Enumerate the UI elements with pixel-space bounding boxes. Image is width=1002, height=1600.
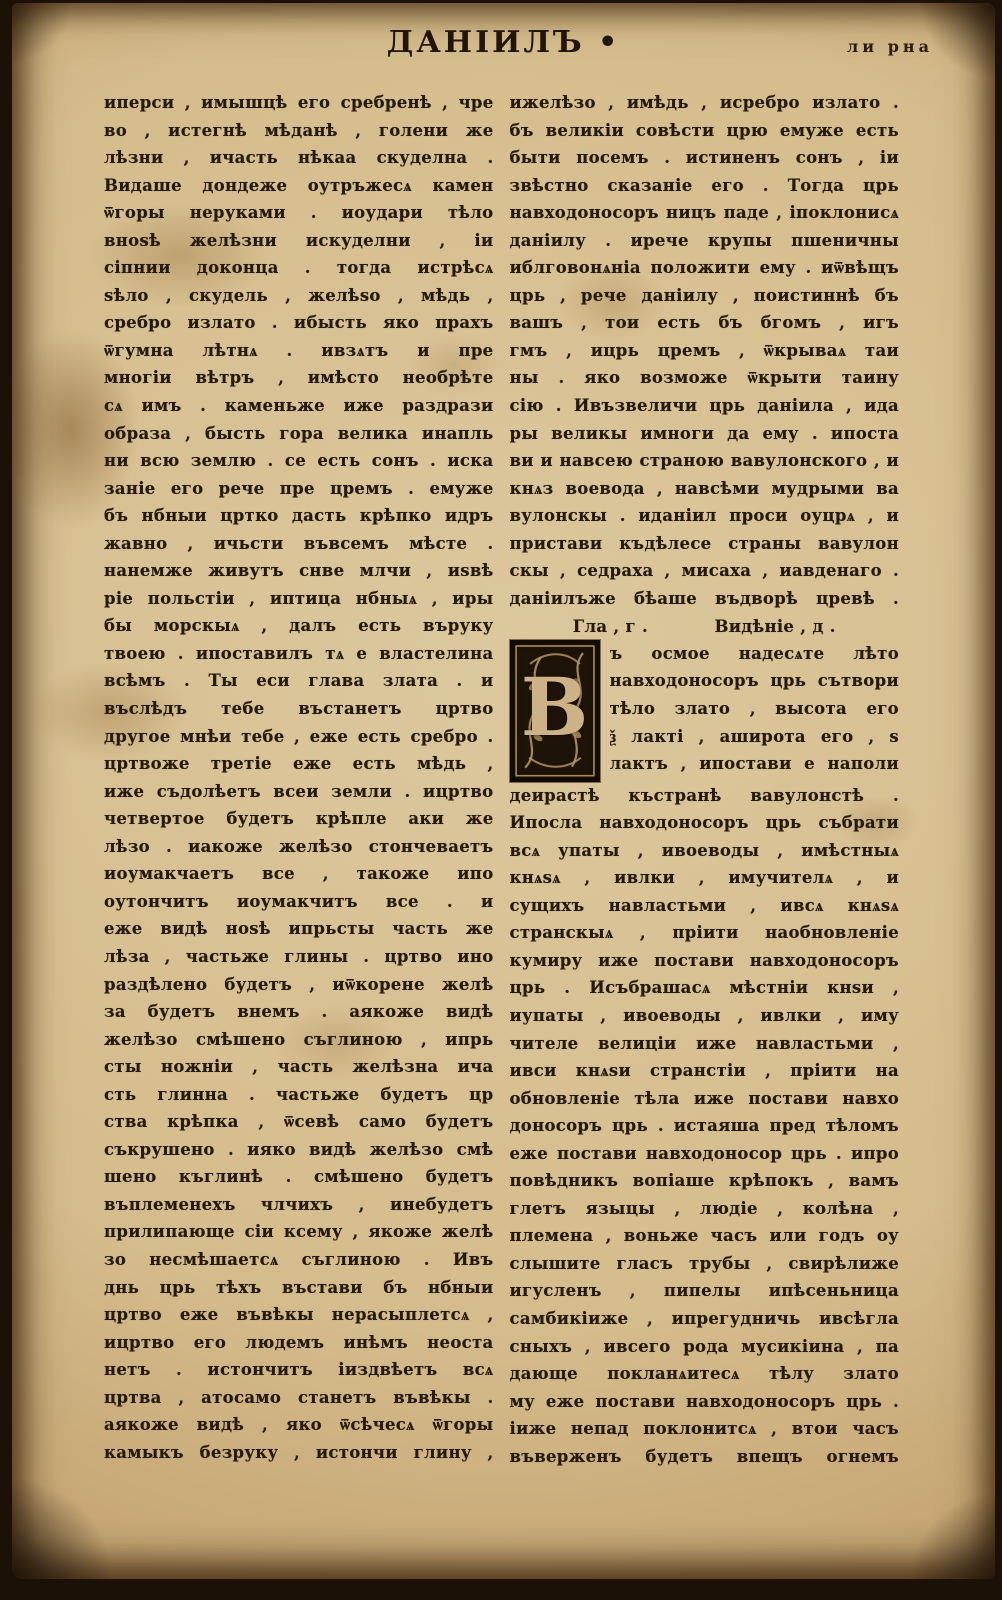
text-line: бъ великіи совѣсти црю емуже есть [510,117,900,145]
text-line: въверженъ будетъ впещъ огнемъ [510,1443,900,1471]
text-line: кнѧз воевода , навсѣми мудрыми ва [510,475,900,503]
text-line: бы морскыѧ , далъ есть въруку [104,612,494,640]
text-line: ижелѣзо , имѣдь , исребро излато . [510,89,900,117]
text-line: скы , седраха , мисаха , иавденаго . [510,557,900,585]
vision-number: Видѣніе , д . [715,617,836,636]
text-line: четвертое будетъ крѣпле аки же [104,805,494,833]
text-line: лѣза , частьже глины . цртво ино [104,943,494,971]
page-scan: ДАНІИЛЪ • ли рна иперси , имышцѣ его сре… [12,3,995,1579]
text-line: ріе польстіи , иптица нбныѧ , иры [104,585,494,613]
text-line: заніе его рече пре цремъ . емуже [104,475,494,503]
text-line: ѿгоры неруками . иоудари тѣло [104,199,494,227]
text-line: лѣзни , ичасть нѣкаа скуделна . [104,144,494,172]
text-line: цртвоже третіе еже есть мѣдь , [104,750,494,778]
text-line: лѣзо . иакоже желѣзо стончеваетъ [104,833,494,861]
text-line: нанемже живутъ снве млчи , иѕвѣ [104,557,494,585]
text-line: сныхъ , ивсего рода мусикіина , па [510,1333,900,1361]
text-line: тѣло злато , высота его [610,695,900,723]
text-line: бъ нбныи цртко дасть крѣпко идръ [104,502,494,530]
text-line: кнѧѕѧ , ивлки , имучителѧ , и [510,864,900,892]
text-line: иперси , имышцѣ его сребренѣ , чре [104,89,494,117]
text-line: сѧ имъ . каменьже иже раздрази [104,392,494,420]
text-line: аякоже видѣ , яко ѿсѣчесѧ ѿгоры [104,1411,494,1439]
text-line: иже съдолѣетъ всеи земли . ицртво [104,778,494,806]
text-line: дающе покланѧитесѧ тѣлу злато [510,1360,900,1388]
text-line: вашъ , тои есть бъ бгомъ , игъ [510,309,900,337]
text-line: Видаше дондеже оутръжесѧ камен [104,172,494,200]
text-line: ѯ лакті , аширота его , ѕ [610,723,900,751]
text-line: твоею . ипоставилъ тѧ е властелина [104,640,494,668]
text-line: црь , рече даніилу , поистиннѣ бъ [510,282,900,310]
text-line: всѧ упаты , ивоеводы , имѣстныѧ [510,837,900,865]
right-column: ижелѣзо , имѣдь , исребро излато . бъ ве… [510,89,900,1470]
decorated-initial-block: В [510,640,600,782]
book-photo: ДАНІИЛЪ • ли рна иперси , имышцѣ его сре… [0,0,1002,1600]
initial-letter: В [521,660,589,754]
text-line: даніилу . ирече крупы пшеничны [510,227,900,255]
text-line: сребро излато . ибысть яко прахъ [104,309,494,337]
text-line: доносоръ црь . истаяша пред тѣломъ [510,1112,900,1140]
text-line: нетъ . истончитъ іиздвѣетъ всѧ [104,1356,494,1384]
text-line: гмъ , ицрь цремъ , ѿкрываѧ таи [510,337,900,365]
text-line: желѣзо смѣшено съглиною , ипрь [104,1026,494,1054]
text-line: глетъ языцы , людіе , колѣна , [510,1195,900,1223]
text-line: лактъ , ипостави е наполи [610,750,900,778]
text-line: во , истегнѣ мѣданѣ , голени же [104,117,494,145]
text-line: иоумакчаетъ все , такоже ипо [104,860,494,888]
text-line: шено къглинѣ . смѣшено будетъ [104,1163,494,1191]
text-line: чителе велиціи иже навластьми , [510,1030,900,1058]
text-columns: иперси , имышцѣ его сребренѣ , чре во , … [12,87,995,1470]
text-line: днь црь тѣхъ въстави бъ нбныи [104,1274,494,1302]
text-line: странскыѧ , пріити наобновленіе [510,919,900,947]
text-line: цртва , атосамо станетъ въвѣкы . [104,1384,494,1412]
text-line: раздѣлено будетъ , иѿкорене желѣ [104,971,494,999]
text-line: всѣмъ . Ты еси глава злата . и [104,667,494,695]
text-line: ры великы имноги да ему . ипоста [510,420,900,448]
text-line: иблговонѧніа положити ему . иѿвѣщъ [510,254,900,282]
text-line: навходоносоръ црь сътвори [610,667,900,695]
text-line: сты ножніи , часть желѣзна ича [104,1053,494,1081]
text-line: кумиру иже постави навходоносоръ [510,947,900,975]
text-line: ны . яко возможе ѿкрыти таину [510,364,900,392]
text-line: даніилъже бѣаше въдворѣ цревѣ . [510,585,900,613]
text-line: вулонскы . иданіил проси оуцрѧ , и [510,502,900,530]
text-line: иупаты , ивоеводы , ивлки , иму [510,1002,900,1030]
text-line: племена , воньже часъ или годъ оу [510,1222,900,1250]
text-line: ни всю землю . се есть сонъ . иска [104,447,494,475]
text-line: сію . Ивъзвеличи црь даніила , ида [510,392,900,420]
chapter-number: Гла , г . [573,617,648,636]
text-line: прилипающе сіи ксему , якоже желѣ [104,1218,494,1246]
initial-paragraph: В ъ осмое надесѧте лѣто навходоносоръ цр… [510,640,900,782]
text-line: звѣстно сказаніе его . Тогда црь [510,172,900,200]
folio-number: ли рна [847,37,933,56]
text-line: ѿгумна лѣтнѧ . ивзѧтъ и пре [104,337,494,365]
initial-adjacent-lines: ъ осмое надесѧте лѣто навходоносоръ црь … [610,640,900,782]
text-line: Ипосла навходоносоръ црь събрати [510,809,900,837]
text-line: црь . Исъбрашасѧ мѣстніи кнѕи , [510,974,900,1002]
page-header: ДАНІИЛЪ • ли рна [12,3,995,87]
text-line: ѕѣло , скудель , желѣѕо , мѣдь , [104,282,494,310]
text-line: ви и навсею страною вавулонского , и [510,447,900,475]
text-line: образа , бысть гора велика инапль [104,420,494,448]
left-column: иперси , имышцѣ его сребренѣ , чре во , … [104,89,494,1470]
text-line: еже постави навходоносор црь . ипро [510,1140,900,1168]
text-line: другое мнѣи тебе , еже есть сребро . [104,723,494,751]
text-line: еже видѣ ноѕѣ ипрьсты часть же [104,915,494,943]
right-column-bottom-block: деирастѣ къстранѣ вавулонстѣ . Ипосла на… [510,782,900,1471]
text-line: оутончитъ иоумакчитъ все . и [104,888,494,916]
text-line: ицртво его людемъ инѣмъ неоста [104,1329,494,1357]
text-line: многіи вѣтръ , имѣсто необрѣте [104,364,494,392]
text-line: камыкъ безруку , истончи глину , [104,1439,494,1467]
text-line: жавно , ичьсти въвсемъ мѣсте . [104,530,494,558]
text-line: деирастѣ къстранѣ вавулонстѣ . [510,782,900,810]
text-line: му еже постави навходоносоръ црь . [510,1388,900,1416]
text-line: сть глинна . частьже будетъ цр [104,1081,494,1109]
text-line: обновленіе тѣла иже постави навхо [510,1085,900,1113]
text-line: за будетъ внемъ . аякоже видѣ [104,998,494,1026]
text-line: съкрушено . ияко видѣ желѣзо смѣ [104,1136,494,1164]
text-line: пристави къдѣлесе страны вавулон [510,530,900,558]
text-line: ъ осмое надесѧте лѣто [610,640,900,668]
text-line: быти посемъ . истиненъ сонъ , іи [510,144,900,172]
text-line: зо несмѣшаетсѧ съглиною . Ивъ [104,1246,494,1274]
text-line: игусленъ , пипелы ипѣсеньница [510,1277,900,1305]
text-line: ства крѣпка , ѿсевѣ само будетъ [104,1108,494,1136]
text-line: цртво еже въвѣкы нерасыплетсѧ , [104,1301,494,1329]
text-line: повѣдникъ вопіаше крѣпокъ , вамъ [510,1167,900,1195]
text-line: сущихъ навластьми , ивсѧ кнѧѕѧ [510,892,900,920]
text-line: въслѣдъ тебе въстанетъ цртво [104,695,494,723]
text-line: ивси кнѧѕи странстіи , пріити на [510,1057,900,1085]
text-line: самбикіиже , ипрегудничь ивсѣгла [510,1305,900,1333]
text-line: іиже непад поклонитсѧ , втои часъ [510,1415,900,1443]
text-line: вноѕѣ желѣзни искуделни , іи [104,227,494,255]
chapter-heading: Гла , г . Видѣніе , д . [510,612,900,640]
text-line: въплеменехъ члчихъ , инебудетъ [104,1191,494,1219]
text-line: слышите гласъ трубы , свирѣлиже [510,1250,900,1278]
text-line: навходоносоръ ницъ паде , іпоклонисѧ [510,199,900,227]
text-line: сіпнии доконца . тогда истрѣсѧ [104,254,494,282]
right-column-top-block: ижелѣзо , имѣдь , исребро излато . бъ ве… [510,89,900,612]
